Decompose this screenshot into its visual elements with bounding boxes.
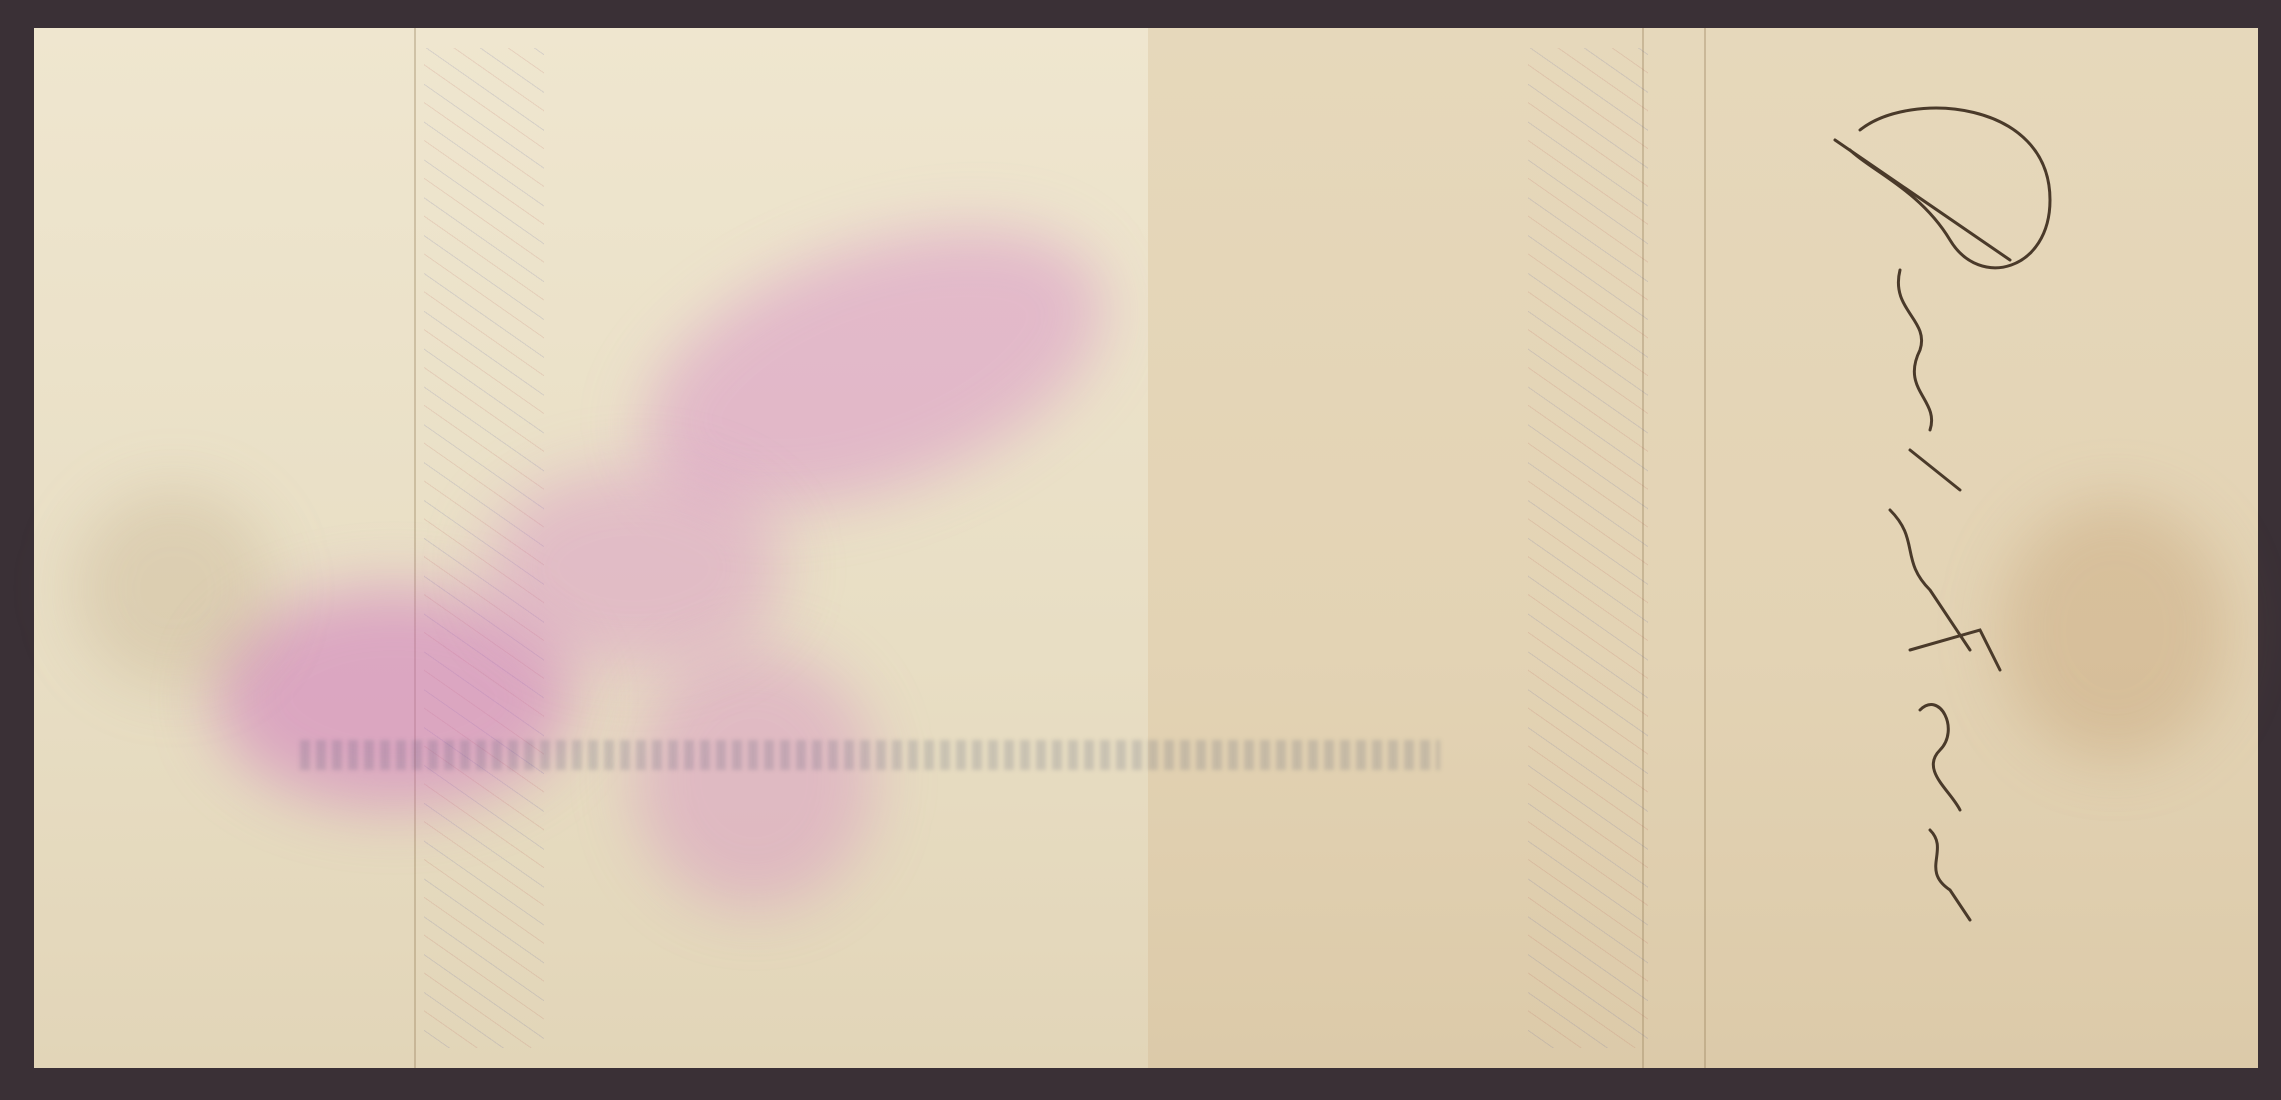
printed-text-bleed-through bbox=[300, 740, 1440, 770]
fold-line bbox=[1704, 28, 1706, 1068]
pink-stain bbox=[484, 468, 784, 668]
pink-stain bbox=[634, 648, 874, 908]
handwritten-signature bbox=[1830, 90, 2060, 930]
age-stain bbox=[74, 488, 274, 688]
security-fibers bbox=[1528, 48, 1648, 1048]
fold-line bbox=[414, 28, 416, 1068]
banknote-left-panel bbox=[34, 28, 1148, 1068]
